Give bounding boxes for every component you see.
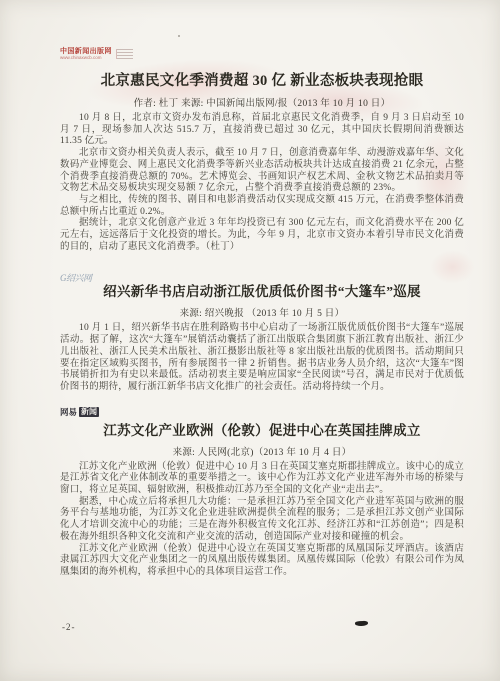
ink-mark-artifact (355, 621, 368, 626)
logo-side-lines (116, 49, 133, 59)
scan-speck-artifact (178, 35, 180, 37)
article-3-paragraph: 江苏文化产业欧洲（伦敦）促进中心 10 月 3 日在英国艾塞克斯郡挂牌成立。该中… (60, 462, 464, 497)
shaoxing-net-logo-text: G绍兴网 (60, 273, 92, 283)
article-2-byline: 来源: 绍兴晚报 （2013 年 10 月 5 日） (60, 305, 464, 319)
china-news-publishing-net-logo: 中国新闻出版网 www.chinaxwcb.com (60, 48, 464, 63)
article-3-title: 江苏文化产业欧洲（伦敦）促进中心在英国挂牌成立 (60, 422, 464, 439)
article-1-paragraph: 与之相比，传统的图书、剧目和电影消费活动仅实现成交额 415 万元，在消费季整体… (60, 195, 464, 218)
page-number: -2- (62, 622, 76, 632)
article-1-title: 北京惠民文化季消费超 30 亿 新业态板块表现抢眼 (60, 72, 464, 90)
netease-news-badge: 新闻 (79, 407, 99, 417)
logo-url: www.chinaxwcb.com (60, 56, 112, 61)
scanned-document-page: 中国新闻出版网 www.chinaxwcb.com 北京惠民文化季消费超 30 … (0, 0, 500, 681)
logo-title: 中国新闻出版网 (60, 48, 112, 55)
article-1-paragraph: 据统计，北京文化创意产业近 3 年年均投资已有 300 亿元左右，而文化消费水平… (60, 218, 464, 253)
article-1-byline: 作者: 杜丁 来源: 中国新闻出版网/报（2013 年 10 月 10 日） (60, 95, 464, 109)
article-2-paragraph: 10 月 1 日，绍兴新华书店在胜利路购书中心启动了一场浙江版优质低价图书“大篷… (60, 323, 464, 393)
article-2-title: 绍兴新华书店启动浙江版优质低价图书“大篷车”巡展 (60, 283, 464, 300)
netease-news-logo: 网易 新闻 (60, 406, 464, 418)
china-news-publishing-net-logo-text: 中国新闻出版网 www.chinaxwcb.com (60, 48, 112, 61)
article-3-paragraph: 据悉，中心成立后将承担几大功能：一是承担江苏乃至全国文化产业进军英国与欧洲的服务… (60, 497, 464, 544)
document-content: 中国新闻出版网 www.chinaxwcb.com 北京惠民文化季消费超 30 … (60, 48, 464, 579)
shaoxing-net-logo: G绍兴网 (60, 268, 464, 281)
article-1-paragraph: 北京市文资办相关负责人表示，截至 10 月 7 日，创意消费嘉年华、动漫游戏嘉年… (60, 148, 464, 195)
article-1-paragraph: 10 月 8 日，北京市文资办发布消息称，首届北京惠民文化消费季，自 9 月 3… (60, 113, 464, 148)
article-3-byline: 来源: 人民网(北京)（2013 年 10 月 4 日） (60, 444, 464, 458)
article-3-paragraph: 江苏文化产业欧洲（伦敦）促进中心设立在英国艾塞克斯郡的凤凰国际艾坪酒店。该酒店隶… (60, 544, 464, 579)
netease-brand-text: 网易 (60, 406, 77, 418)
